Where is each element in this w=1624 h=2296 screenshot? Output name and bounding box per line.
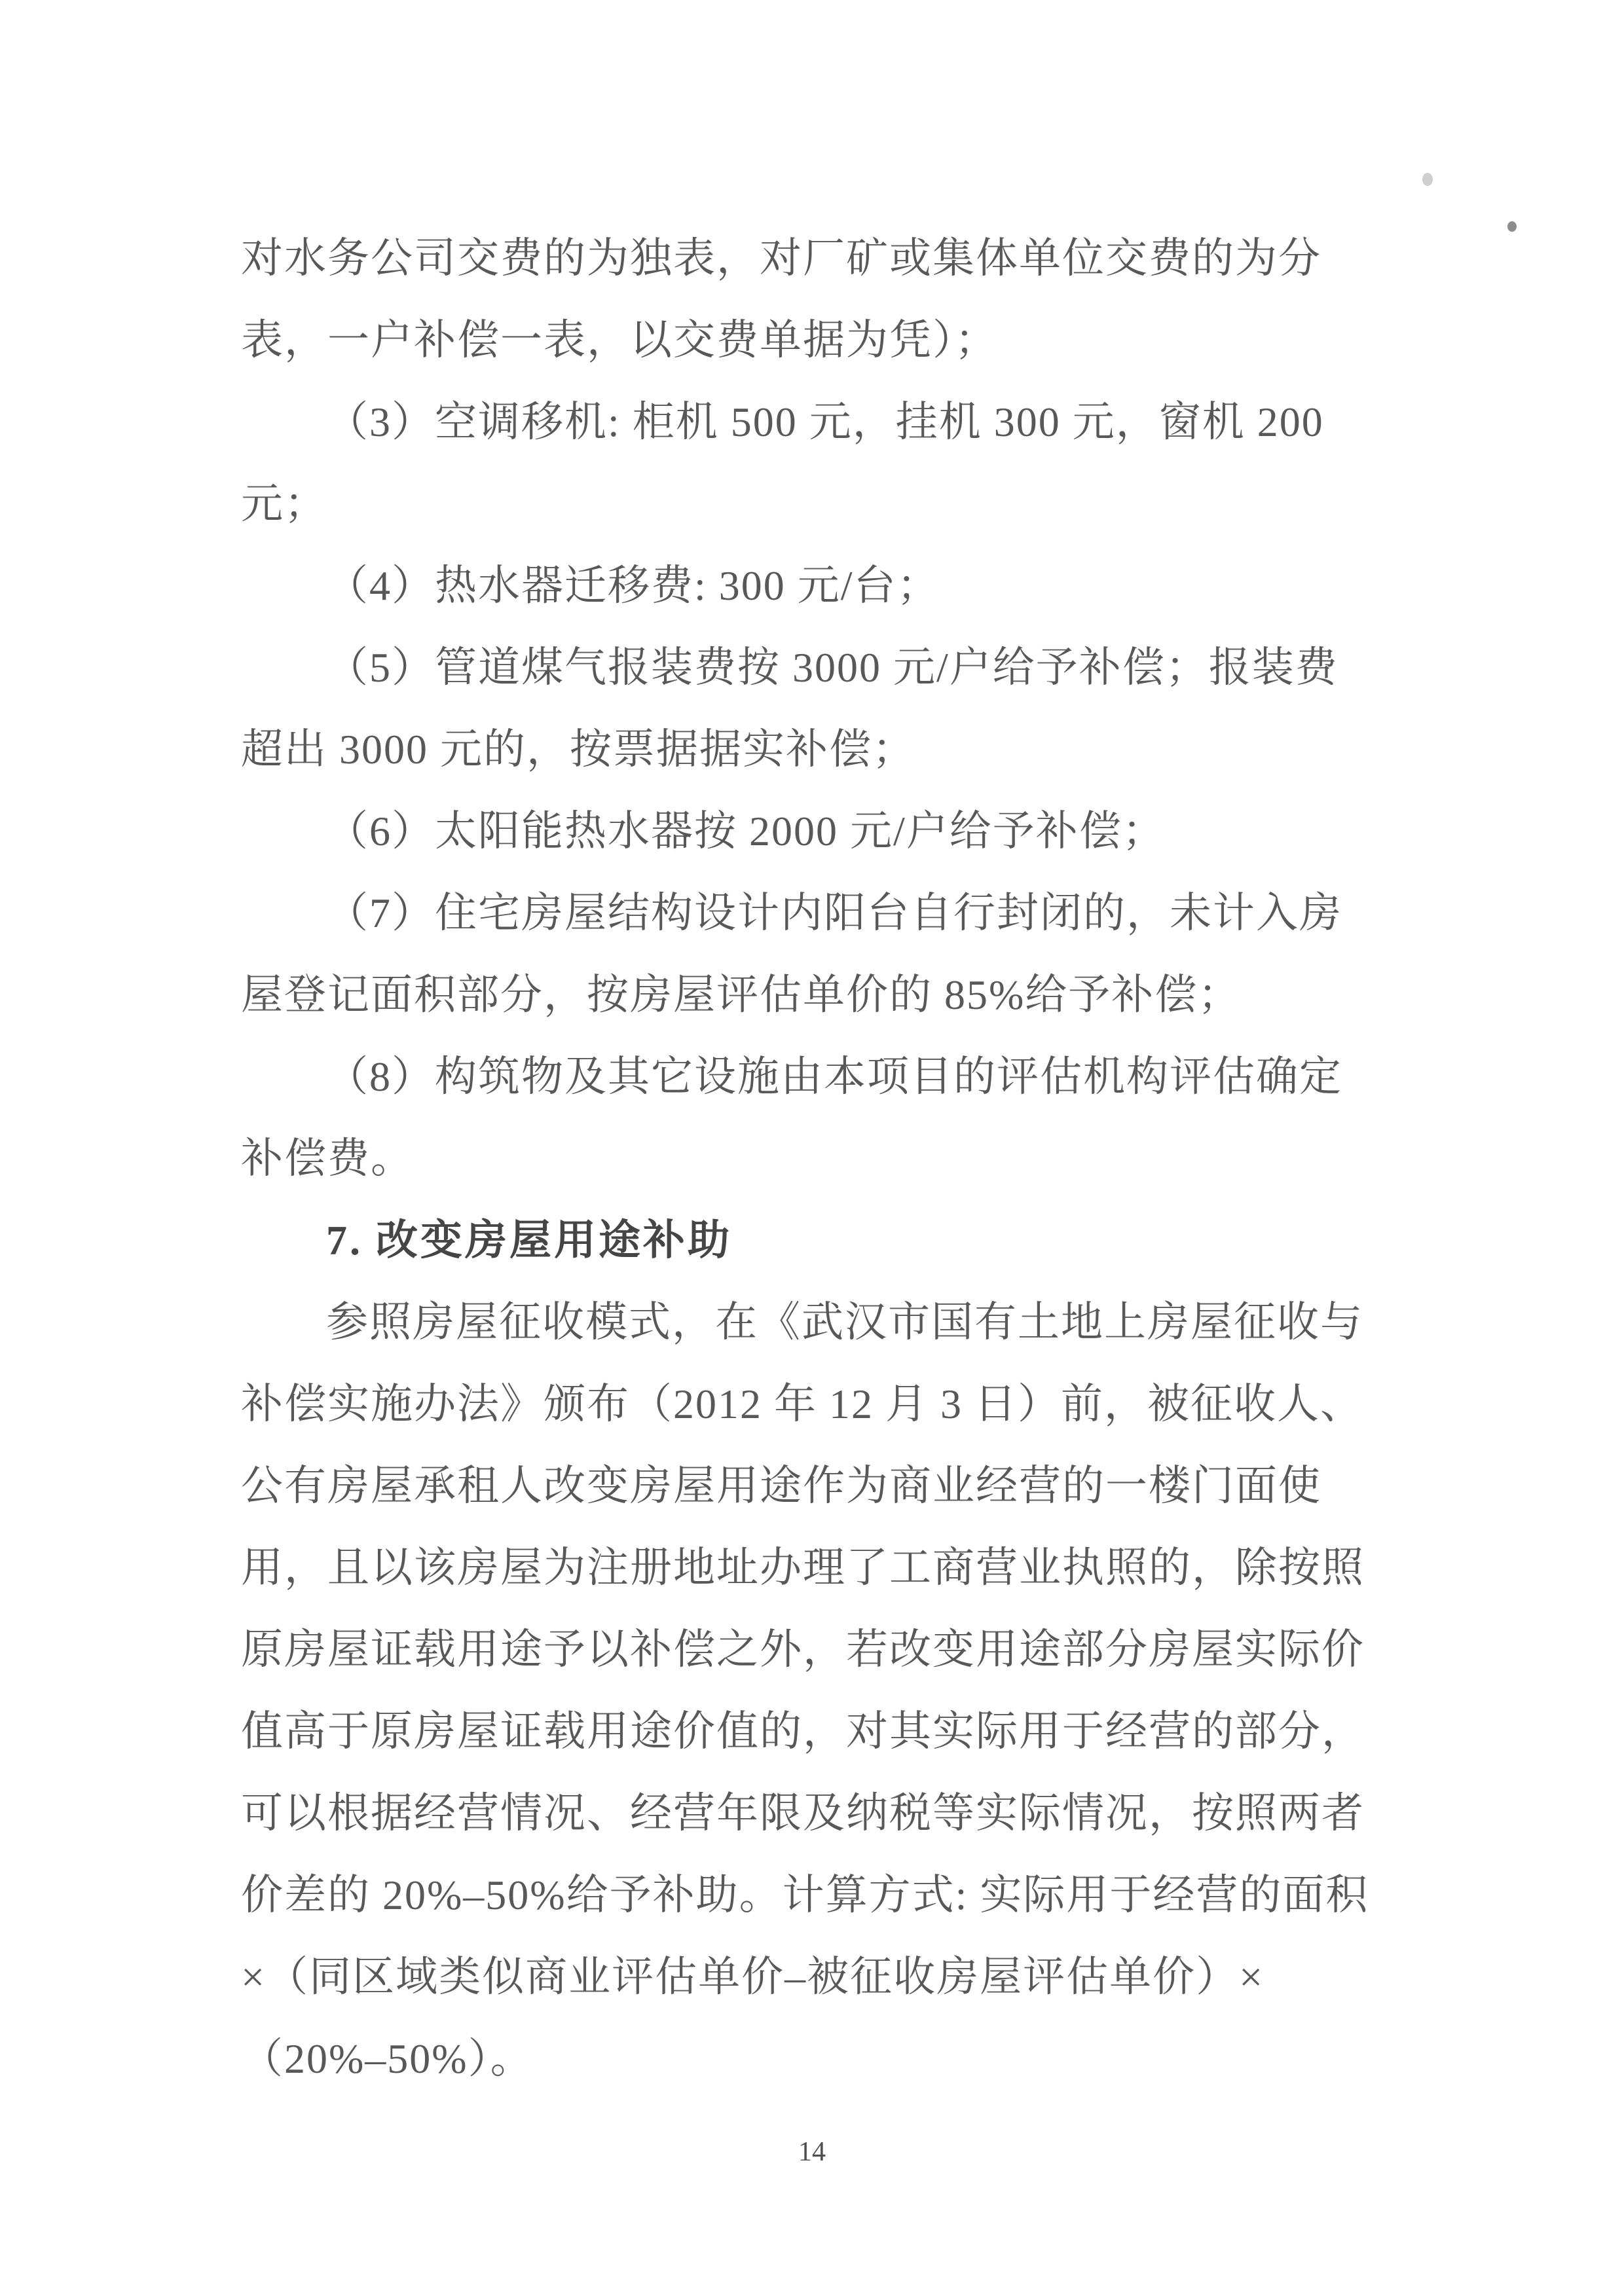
text-line-item8: （8）构筑物及其它设施由本项目的评估机构评估确定 — [241, 1036, 1397, 1118]
text-line: 超出 3000 元的，按票据据实补偿； — [241, 708, 1397, 790]
text-line: 公有房屋承租人改变房屋用途作为商业经营的一楼门面使 — [241, 1445, 1397, 1527]
text-line: 参照房屋征收模式，在《武汉市国有土地上房屋征收与 — [241, 1281, 1397, 1363]
text-line: 屋登记面积部分，按房屋评估单价的 85%给予补偿； — [241, 954, 1397, 1036]
text-line: 补偿实施办法》颁布（2012 年 12 月 3 日）前，被征收人、 — [241, 1363, 1397, 1445]
section-heading: 7. 改变房屋用途补助 — [241, 1199, 1397, 1281]
text-line-item7: （7）住宅房屋结构设计内阳台自行封闭的，未计入房 — [241, 872, 1397, 954]
text-line-item5: （5）管道煤气报装费按 3000 元/户给予补偿；报装费 — [241, 627, 1397, 708]
text-line: 可以根据经营情况、经营年限及纳税等实际情况，按照两者 — [241, 1772, 1397, 1854]
text-line: 元； — [241, 463, 1397, 545]
text-line-item6: （6）太阳能热水器按 2000 元/户给予补偿； — [241, 790, 1397, 872]
text-line: 补偿费。 — [241, 1118, 1397, 1199]
page-body-text: 对水务公司交费的为独表，对厂矿或集体单位交费的为分 表，一户补偿一表，以交费单据… — [241, 217, 1397, 2100]
text-line: 原房屋证载用途予以补偿之外，若改变用途部分房屋实际价 — [241, 1609, 1397, 1690]
text-line: 值高于原房屋证载用途价值的，对其实际用于经营的部分， — [241, 1690, 1397, 1772]
text-line: 价差的 20%–50%给予补助。计算方式: 实际用于经营的面积 — [241, 1854, 1397, 1936]
document-page: 对水务公司交费的为独表，对厂矿或集体单位交费的为分 表，一户补偿一表，以交费单据… — [0, 0, 1624, 2296]
text-line: 用，且以该房屋为注册地址办理了工商营业执照的，除按照 — [241, 1527, 1397, 1609]
text-line: ×（同区域类似商业评估单价–被征收房屋评估单价）× — [241, 1936, 1397, 2018]
text-line: 表，一户补偿一表，以交费单据为凭）； — [241, 299, 1397, 381]
text-line-item3: （3）空调移机: 柜机 500 元，挂机 300 元，窗机 200 — [241, 381, 1397, 463]
text-line: （20%–50%）。 — [241, 2018, 1397, 2100]
scan-speck — [1507, 221, 1517, 232]
page-number: 14 — [0, 2129, 1624, 2175]
text-line: 对水务公司交费的为独表，对厂矿或集体单位交费的为分 — [241, 217, 1397, 299]
scan-speck — [1422, 173, 1433, 186]
text-line-item4: （4）热水器迁移费: 300 元/台； — [241, 545, 1397, 627]
